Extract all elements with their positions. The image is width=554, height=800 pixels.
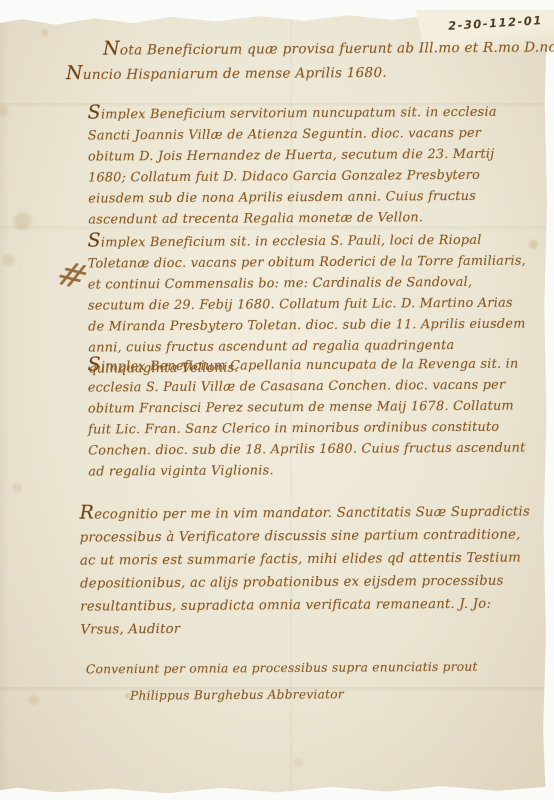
paragraph-benefice-casasana: Simplex Beneficium Capellania nuncupata … xyxy=(88,351,533,482)
scan-background: { "document": { "archival_number": "2-30… xyxy=(0,0,554,800)
attestation-line: Conveniunt per omnia ea processibus supr… xyxy=(86,660,478,677)
document-title-line-1: Nota Beneficiorum quæ provisa fuerunt ab… xyxy=(103,34,554,59)
paragraph-recognitio: Recognitio per me in vim mandator. Sanct… xyxy=(80,498,533,641)
abbreviator-signature: Philippus Burghebus Abbreviator xyxy=(130,687,344,702)
document-title-line-2: Nuncio Hispaniarum de mense Aprilis 1680… xyxy=(66,60,387,84)
paragraph-benefice-atienza: Simplex Beneficium servitorium nuncupatu… xyxy=(88,99,533,230)
